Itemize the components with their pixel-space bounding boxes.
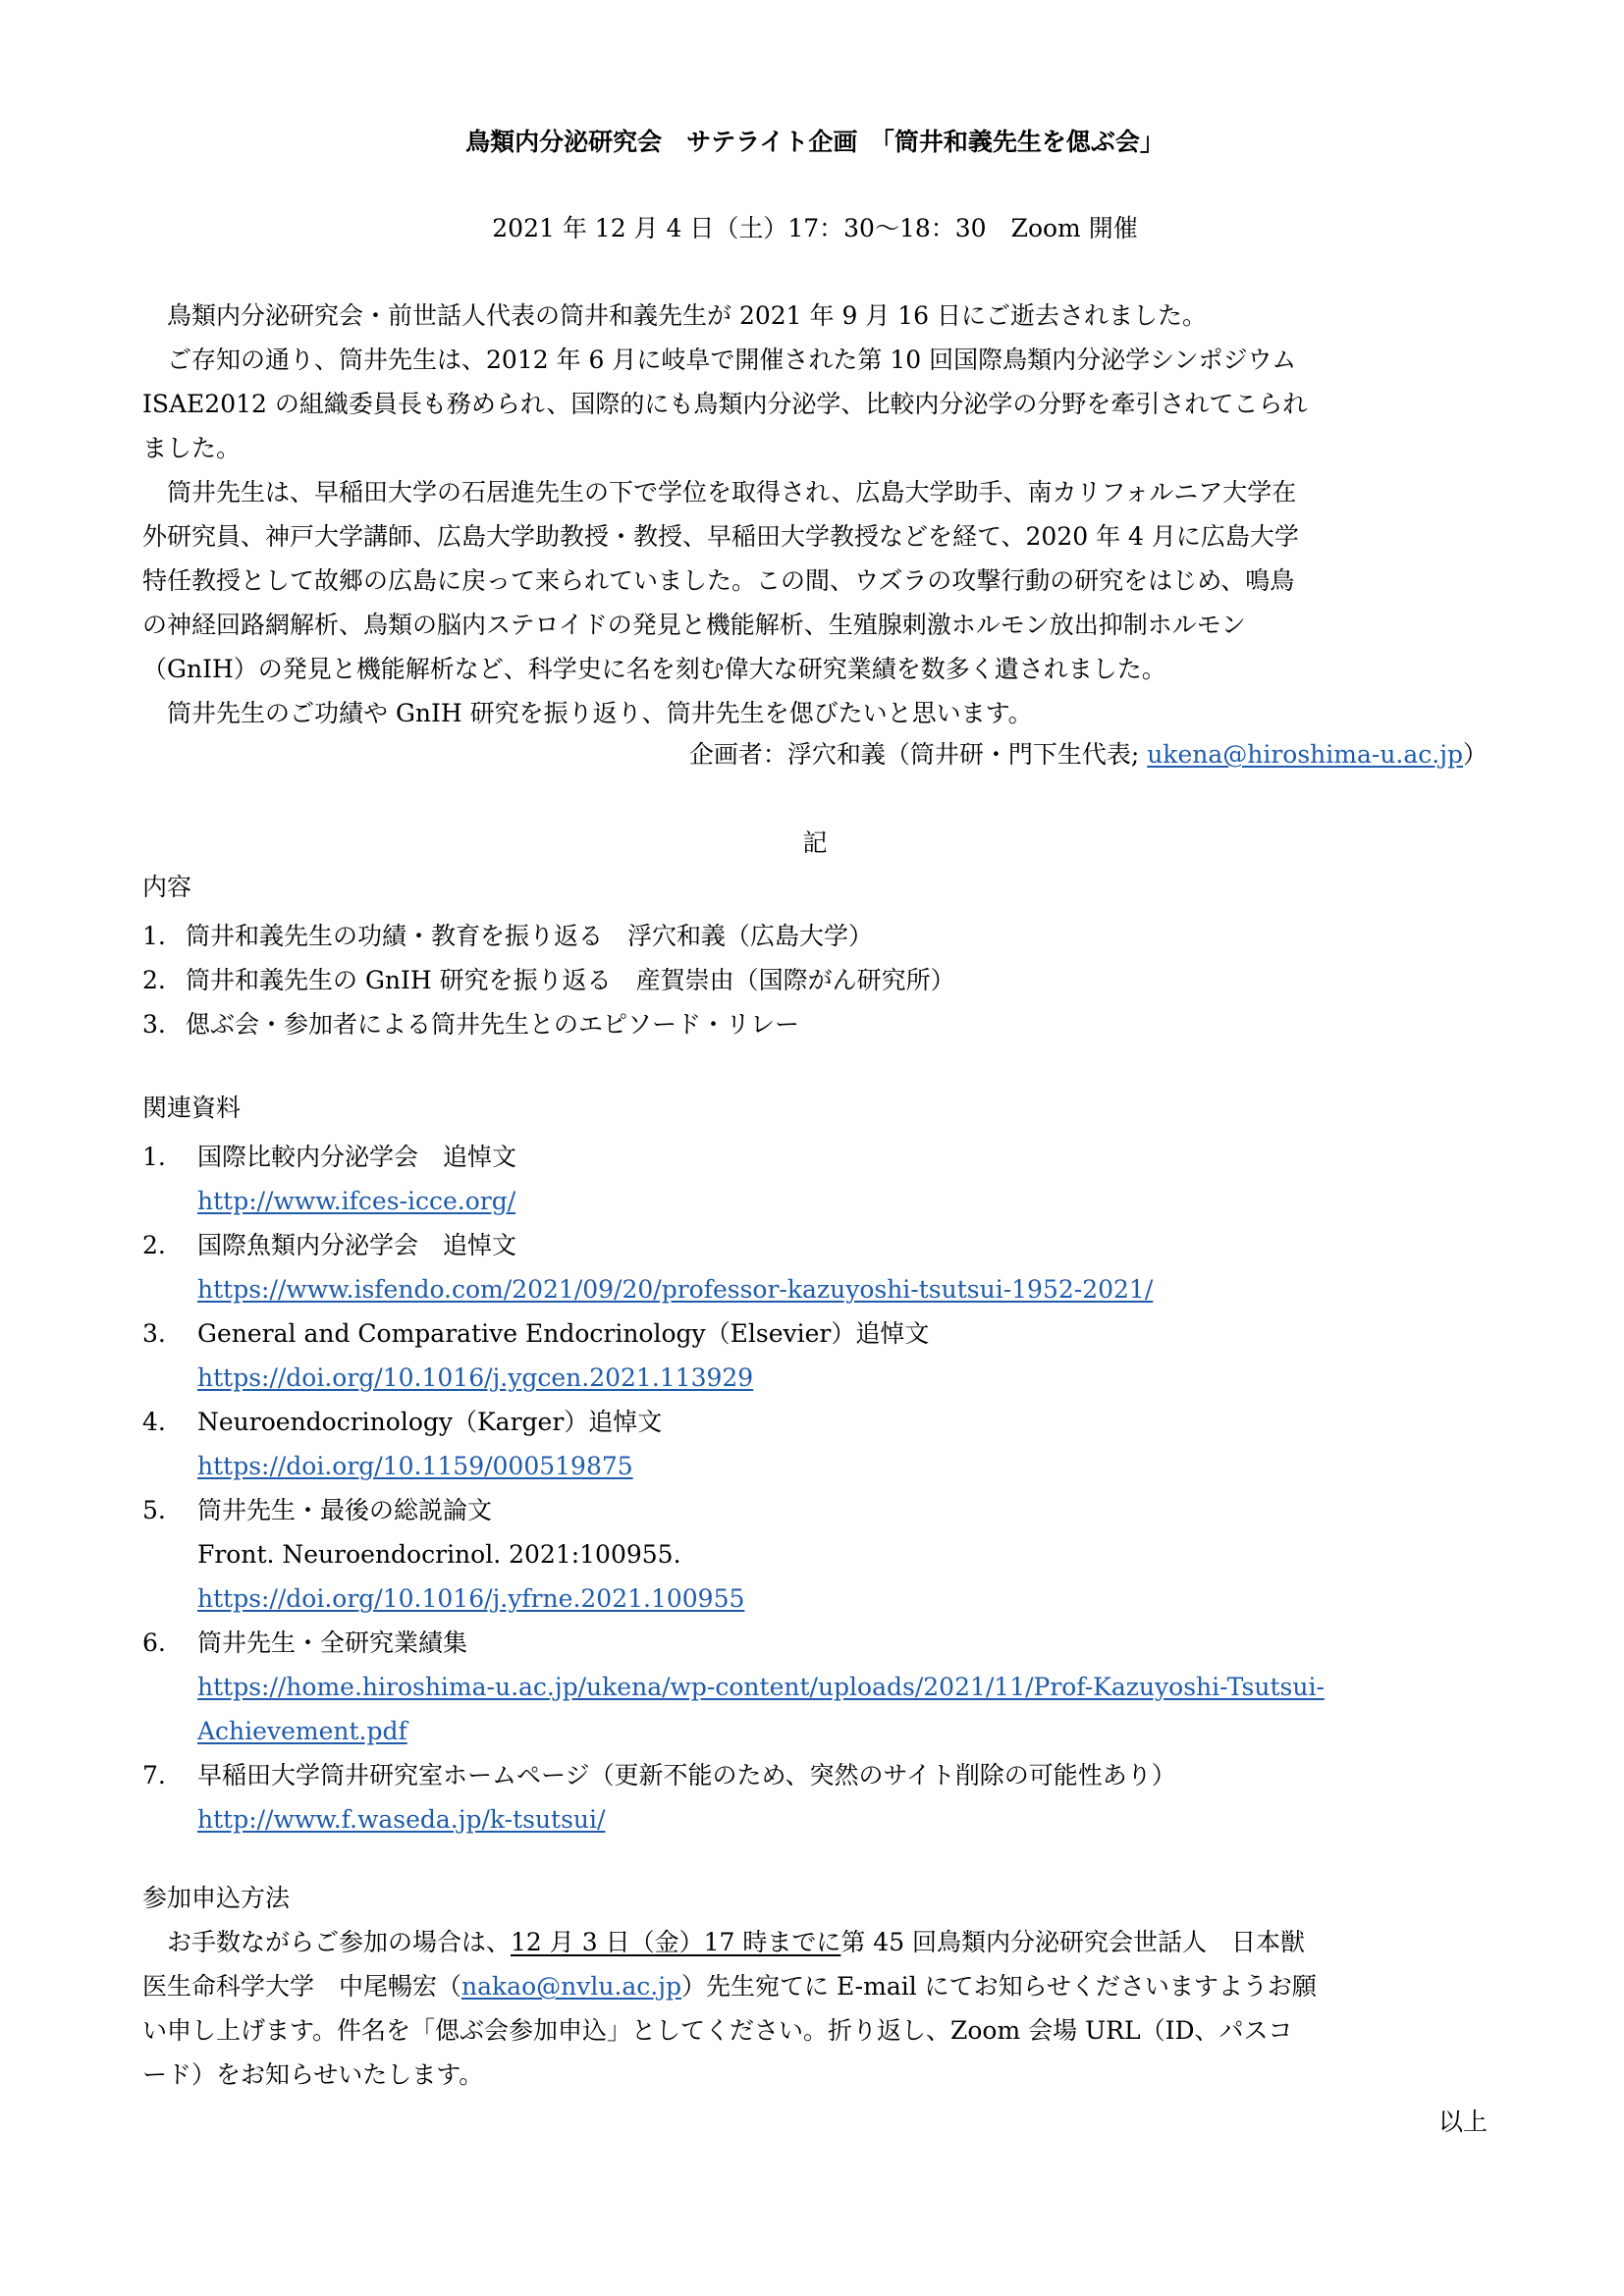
application-line: お手数ながらご参加の場合は、12 月 3 日（金）17 時までに第 45 回鳥類…: [142, 1926, 1305, 1959]
application-line: ード）をお知らせいたします。: [142, 2058, 483, 2092]
intro-line: 筒井先生は、早稲田大学の石居進先生の下で学位を取得され、広島大学助手、南カリフォ…: [142, 476, 1296, 509]
organizer-line: 企画者：浮穴和義（筒井研・門下生代表; ukena@hiroshima-u.ac…: [689, 738, 1488, 772]
material-link-continued[interactable]: Achievement.pdf: [197, 1717, 407, 1745]
material-item: 5.筒井先生・最後の総説論文: [142, 1494, 492, 1527]
contents-item: 3.偲ぶ会・参加者による筒井先生とのエピソード・リレー: [142, 1008, 799, 1041]
material-item: 6.筒井先生・全研究業績集: [142, 1627, 467, 1660]
closing-text: 以上: [1438, 2106, 1488, 2139]
intro-line: ました。: [142, 432, 241, 465]
material-item: 1.国際比較内分泌学会 追悼文: [142, 1141, 516, 1174]
material-link[interactable]: https://home.hiroshima-u.ac.jp/ukena/wp-…: [197, 1673, 1325, 1701]
material-item: 3.General and Comparative Endocrinology（…: [142, 1317, 929, 1351]
deadline: 12 月 3 日（金）17 時までに: [511, 1928, 840, 1956]
material-link[interactable]: https://doi.org/10.1159/000519875: [197, 1452, 633, 1480]
intro-line: 特任教授として故郷の広島に戻って来られていました。この間、ウズラの攻撃行動の研究…: [142, 564, 1294, 598]
organizer-email-link[interactable]: ukena@hiroshima-u.ac.jp: [1147, 740, 1463, 769]
material-link[interactable]: http://www.ifces-icce.org/: [197, 1187, 515, 1215]
event-date: 2021 年 12 月 4 日（土）17：30〜18：30 Zoom 開催: [142, 212, 1488, 245]
intro-line: ご存知の通り、筒井先生は、2012 年 6 月に岐阜で開催された第 10 回国際…: [142, 344, 1296, 377]
contents-item: 1.筒井和義先生の功績・教育を振り返る 浮穴和義（広島大学）: [142, 920, 873, 953]
contents-item: 2.筒井和義先生の GnIH 研究を振り返る 産賀崇由（国際がん研究所）: [142, 964, 955, 997]
application-heading: 参加申込方法: [142, 1882, 290, 1915]
application-line: 医生命科学大学 中尾暢宏（nakao@nvlu.ac.jp）先生宛てに E-ma…: [142, 1970, 1317, 2003]
material-link[interactable]: https://doi.org/10.1016/j.ygcen.2021.113…: [197, 1363, 753, 1392]
material-citation: Front. Neuroendocrinol. 2021:100955.: [197, 1538, 681, 1572]
intro-line: ISAE2012 の組織委員長も務められ、国際的にも鳥類内分泌学、比較内分泌学の…: [142, 388, 1307, 421]
intro-line: 筒井先生のご功績や GnIH 研究を振り返り、筒井先生を偲びたいと思います。: [142, 697, 1033, 730]
contents-heading: 内容: [142, 871, 191, 904]
intro-line: 外研究員、神戸大学講師、広島大学助教授・教授、早稲田大学教授などを経て、2020…: [142, 520, 1299, 554]
material-item: 4.Neuroendocrinology（Karger）追悼文: [142, 1406, 662, 1439]
material-link[interactable]: https://doi.org/10.1016/j.yfrne.2021.100…: [197, 1584, 744, 1613]
application-line: い申し上げます。件名を「偲ぶ会参加申込」としてください。折り返し、Zoom 会場…: [142, 2014, 1293, 2048]
material-item: 2.国際魚類内分泌学会 追悼文: [142, 1229, 516, 1262]
document-title: 鳥類内分泌研究会 サテライト企画 「筒井和義先生を偲ぶ会」: [142, 126, 1488, 159]
material-link[interactable]: http://www.f.waseda.jp/k-tsutsui/: [197, 1805, 605, 1834]
intro-line: 鳥類内分泌研究会・前世話人代表の筒井和義先生が 2021 年 9 月 16 日に…: [142, 299, 1207, 333]
organizer-label: 企画者：浮穴和義（筒井研・門下生代表;: [689, 740, 1147, 769]
ki-heading: 記: [142, 827, 1488, 860]
material-link[interactable]: https://www.isfendo.com/2021/09/20/profe…: [197, 1275, 1153, 1304]
material-item: 7.早稲田大学筒井研究室ホームページ（更新不能のため、突然のサイト削除の可能性あ…: [142, 1759, 1176, 1792]
materials-heading: 関連資料: [142, 1092, 241, 1125]
intro-line: の神経回路網解析、鳥類の脳内ステロイドの発見と機能解析、生殖腺刺激ホルモン放出抑…: [142, 609, 1246, 642]
contact-email-link[interactable]: nakao@nvlu.ac.jp: [461, 1972, 681, 2001]
intro-line: （GnIH）の発見と機能解析など、科学史に名を刻む偉大な研究業績を数多く遺されま…: [142, 653, 1166, 686]
organizer-suffix: ）: [1463, 740, 1488, 769]
